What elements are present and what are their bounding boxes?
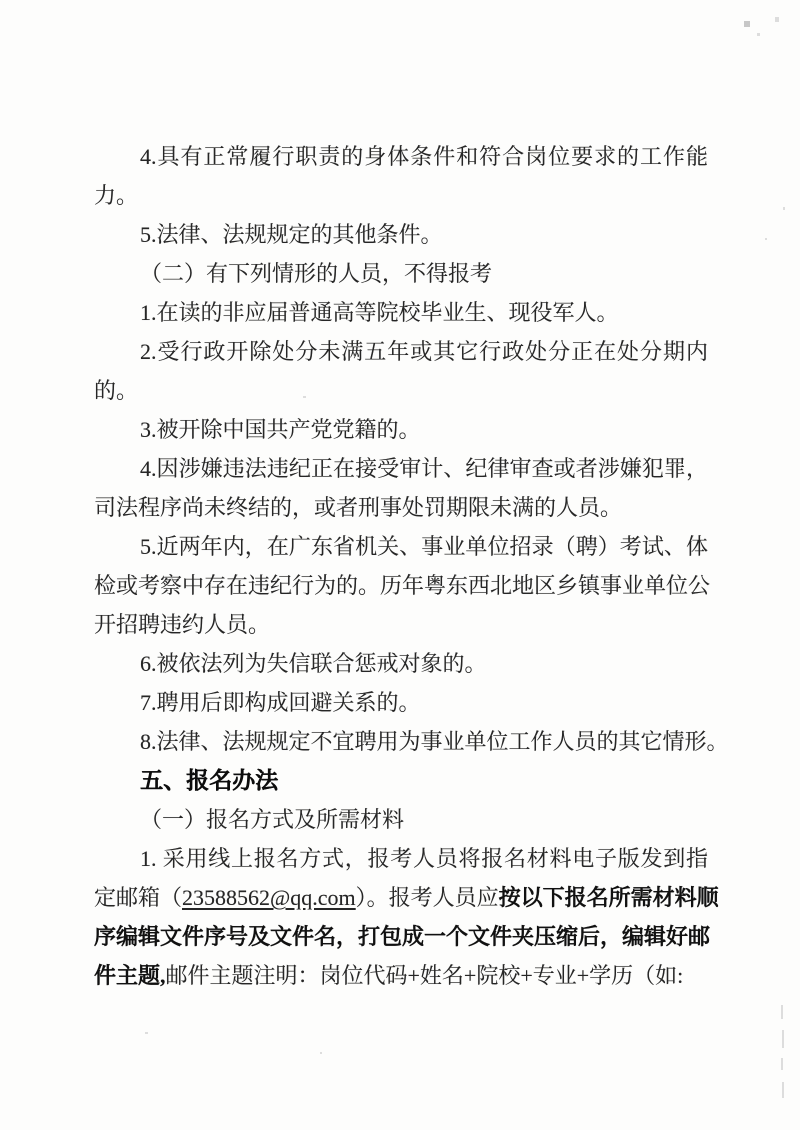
text-line: 件主题,邮件主题注明：岗位代码+姓名+院校+专业+学历（如: [94,956,708,995]
text-segment: 1. 采用线上报名方式，报考人员将报名材料电子版发到指 [140,846,708,871]
text-segment: ）。报考人员应 [356,885,499,910]
text-segment: 5.法律、法规规定的其他条件。 [140,222,443,247]
scan-speck [765,238,767,240]
text-line: 7.聘用后即构成回避关系的。 [94,683,708,722]
text-segment: 司法程序尚未终结的，或者刑事处罚期限未满的人员。 [94,495,622,520]
text-line: 检或考察中存在违纪行为的。历年粤东西北地区乡镇事业单位公 [94,566,708,605]
text-line: 1.在读的非应届普通高等院校毕业生、现役军人。 [94,293,708,332]
scan-speck [320,1052,322,1054]
text-segment: 3.被开除中国共产党党籍的。 [140,417,421,442]
text-segment: 检或考察中存在违纪行为的。历年粤东西北地区乡镇事业单位公 [94,573,710,598]
heading-text: 五、报名办法 [140,767,278,793]
text-segment: 1.在读的非应届普通高等院校毕业生、现役军人。 [140,300,619,325]
scan-speck [744,21,750,27]
text-segment: 7.聘用后即构成回避关系的。 [140,690,421,715]
text-line: 4.因涉嫌违法违纪正在接受审计、纪律审查或者涉嫌犯罪， [94,449,708,488]
text-segment: 8.法律、法规规定不宜聘用为事业单位工作人员的其它情形。 [140,729,729,754]
text-segment: 6.被依法列为失信联合惩戒对象的。 [140,651,487,676]
text-line: 8.法律、法规规定不宜聘用为事业单位工作人员的其它情形。 [94,722,708,761]
text-line: 司法程序尚未终结的，或者刑事处罚期限未满的人员。 [94,488,708,527]
text-segment: 按以下报名所需材料顺 [499,885,719,910]
text-line: 5.法律、法规规定的其他条件。 [94,215,708,254]
text-segment: 力。 [94,183,138,208]
text-line: 的。 [94,371,708,410]
scan-edge-mark [782,1030,784,1048]
text-line: 1. 采用线上报名方式，报考人员将报名材料电子版发到指 [94,839,708,878]
text-line: （二）有下列情形的人员，不得报考 [94,254,708,293]
document-text-block: 4.具有正常履行职责的身体条件和符合岗位要求的工作能力。5.法律、法规规定的其他… [94,137,708,995]
text-line: 力。 [94,176,708,215]
scan-speck [145,1032,148,1034]
text-segment: 4.因涉嫌违法违纪正在接受审计、纪律审查或者涉嫌犯罪， [140,456,708,481]
text-line: 4.具有正常履行职责的身体条件和符合岗位要求的工作能 [94,137,708,176]
text-segment: （一）报名方式及所需材料 [140,807,404,832]
document-page: 4.具有正常履行职责的身体条件和符合岗位要求的工作能力。5.法律、法规规定的其他… [0,0,800,1130]
text-line: （一）报名方式及所需材料 [94,800,708,839]
scan-speck [303,396,306,398]
text-segment: 4.具有正常履行职责的身体条件和符合岗位要求的工作能 [140,144,708,169]
text-segment: 2.受行政开除处分未满五年或其它行政处分正在处分期内 [140,339,708,364]
scan-speck [783,207,785,210]
text-segment: 5.近两年内，在广东省机关、事业单位招录（聘）考试、体 [140,534,708,559]
scan-speck [775,17,779,22]
text-line: 开招聘违约人员。 [94,605,708,644]
text-segment: 的。 [94,378,138,403]
section-heading-line: 五、报名办法 [94,761,708,800]
text-segment: 邮件主题注明：岗位代码+姓名+院校+专业+学历（如: [166,963,684,988]
text-line: 3.被开除中国共产党党籍的。 [94,410,708,449]
text-segment: 开招聘违约人员。 [94,612,270,637]
scan-edge-mark [781,1058,783,1070]
text-line: 2.受行政开除处分未满五年或其它行政处分正在处分期内 [94,332,708,371]
scan-edge-mark [782,1082,784,1098]
scan-speck [757,33,760,36]
text-segment: 序编辑文件序号及文件名，打包成一个文件夹压缩后，编辑好邮 [94,924,710,949]
text-segment: （二）有下列情形的人员，不得报考 [140,261,492,286]
text-segment: 定邮箱（ [94,885,182,910]
text-line: 序编辑文件序号及文件名，打包成一个文件夹压缩后，编辑好邮 [94,917,708,956]
text-line: 6.被依法列为失信联合惩戒对象的。 [94,644,708,683]
text-line: 定邮箱（23588562@qq.com）。报考人员应按以下报名所需材料顺 [94,878,708,917]
text-line: 5.近两年内，在广东省机关、事业单位招录（聘）考试、体 [94,527,708,566]
scan-edge-mark [781,1005,783,1019]
email-text: 23588562@qq.com [182,885,356,910]
text-segment: 件主题, [94,963,166,988]
